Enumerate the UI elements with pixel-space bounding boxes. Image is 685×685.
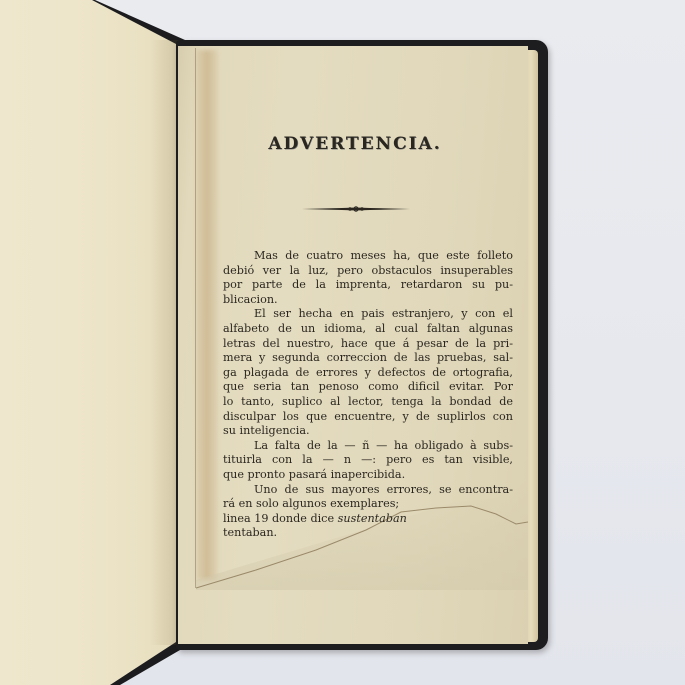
- text-line: alfabeto de un idioma, al cual faltan al…: [223, 322, 513, 337]
- text-line: su inteligencia.: [223, 424, 513, 439]
- text-line: debió ver la luz, pero obstaculos insupe…: [223, 264, 513, 279]
- text-line: La falta de la — ñ — ha obligado à subs-: [223, 439, 513, 454]
- text-line: rá en solo algunos exemplares;: [223, 497, 513, 512]
- text-line: letras del nuestro, hace que á pesar de …: [223, 337, 513, 352]
- text-line: linea 19 donde dice sustentaban: [223, 512, 513, 527]
- text-line: Mas de cuatro meses ha, que este folleto: [223, 249, 513, 264]
- text-line: mera y segunda correccion de las pruebas…: [223, 351, 513, 366]
- text-line: ga plagada de errores y defectos de orto…: [223, 366, 513, 381]
- text-line: lo tanto, suplico al lector, tenga la bo…: [223, 395, 513, 410]
- text-line: tituirla con la — n —: pero es tan visib…: [223, 453, 513, 468]
- text-fragment: linea 19 donde dice: [223, 512, 334, 525]
- ornamental-rule-icon: [302, 205, 410, 213]
- notice-text: Mas de cuatro meses ha, que este folleto…: [223, 249, 513, 541]
- text-line: blicacion.: [223, 293, 513, 308]
- text-line: que pronto pasará inapercibida.: [223, 468, 513, 483]
- text-line: El ser hecha en pais estranjero, y con e…: [223, 307, 513, 322]
- book-photo: ADVERTENCIA. Mas de cuatro meses ha, que…: [0, 0, 685, 685]
- page-title: ADVERTENCIA.: [230, 134, 480, 154]
- italic-word: sustentaban: [338, 512, 407, 525]
- text-line: por parte de la imprenta, retardaron su …: [223, 278, 513, 293]
- text-line: que seria tan penoso como dificil evitar…: [223, 380, 513, 395]
- text-line: Uno de sus mayores errores, se encontra-: [223, 483, 513, 498]
- text-line: tentaban.: [223, 526, 513, 541]
- text-line: disculpar los que encuentre, y de suplir…: [223, 410, 513, 425]
